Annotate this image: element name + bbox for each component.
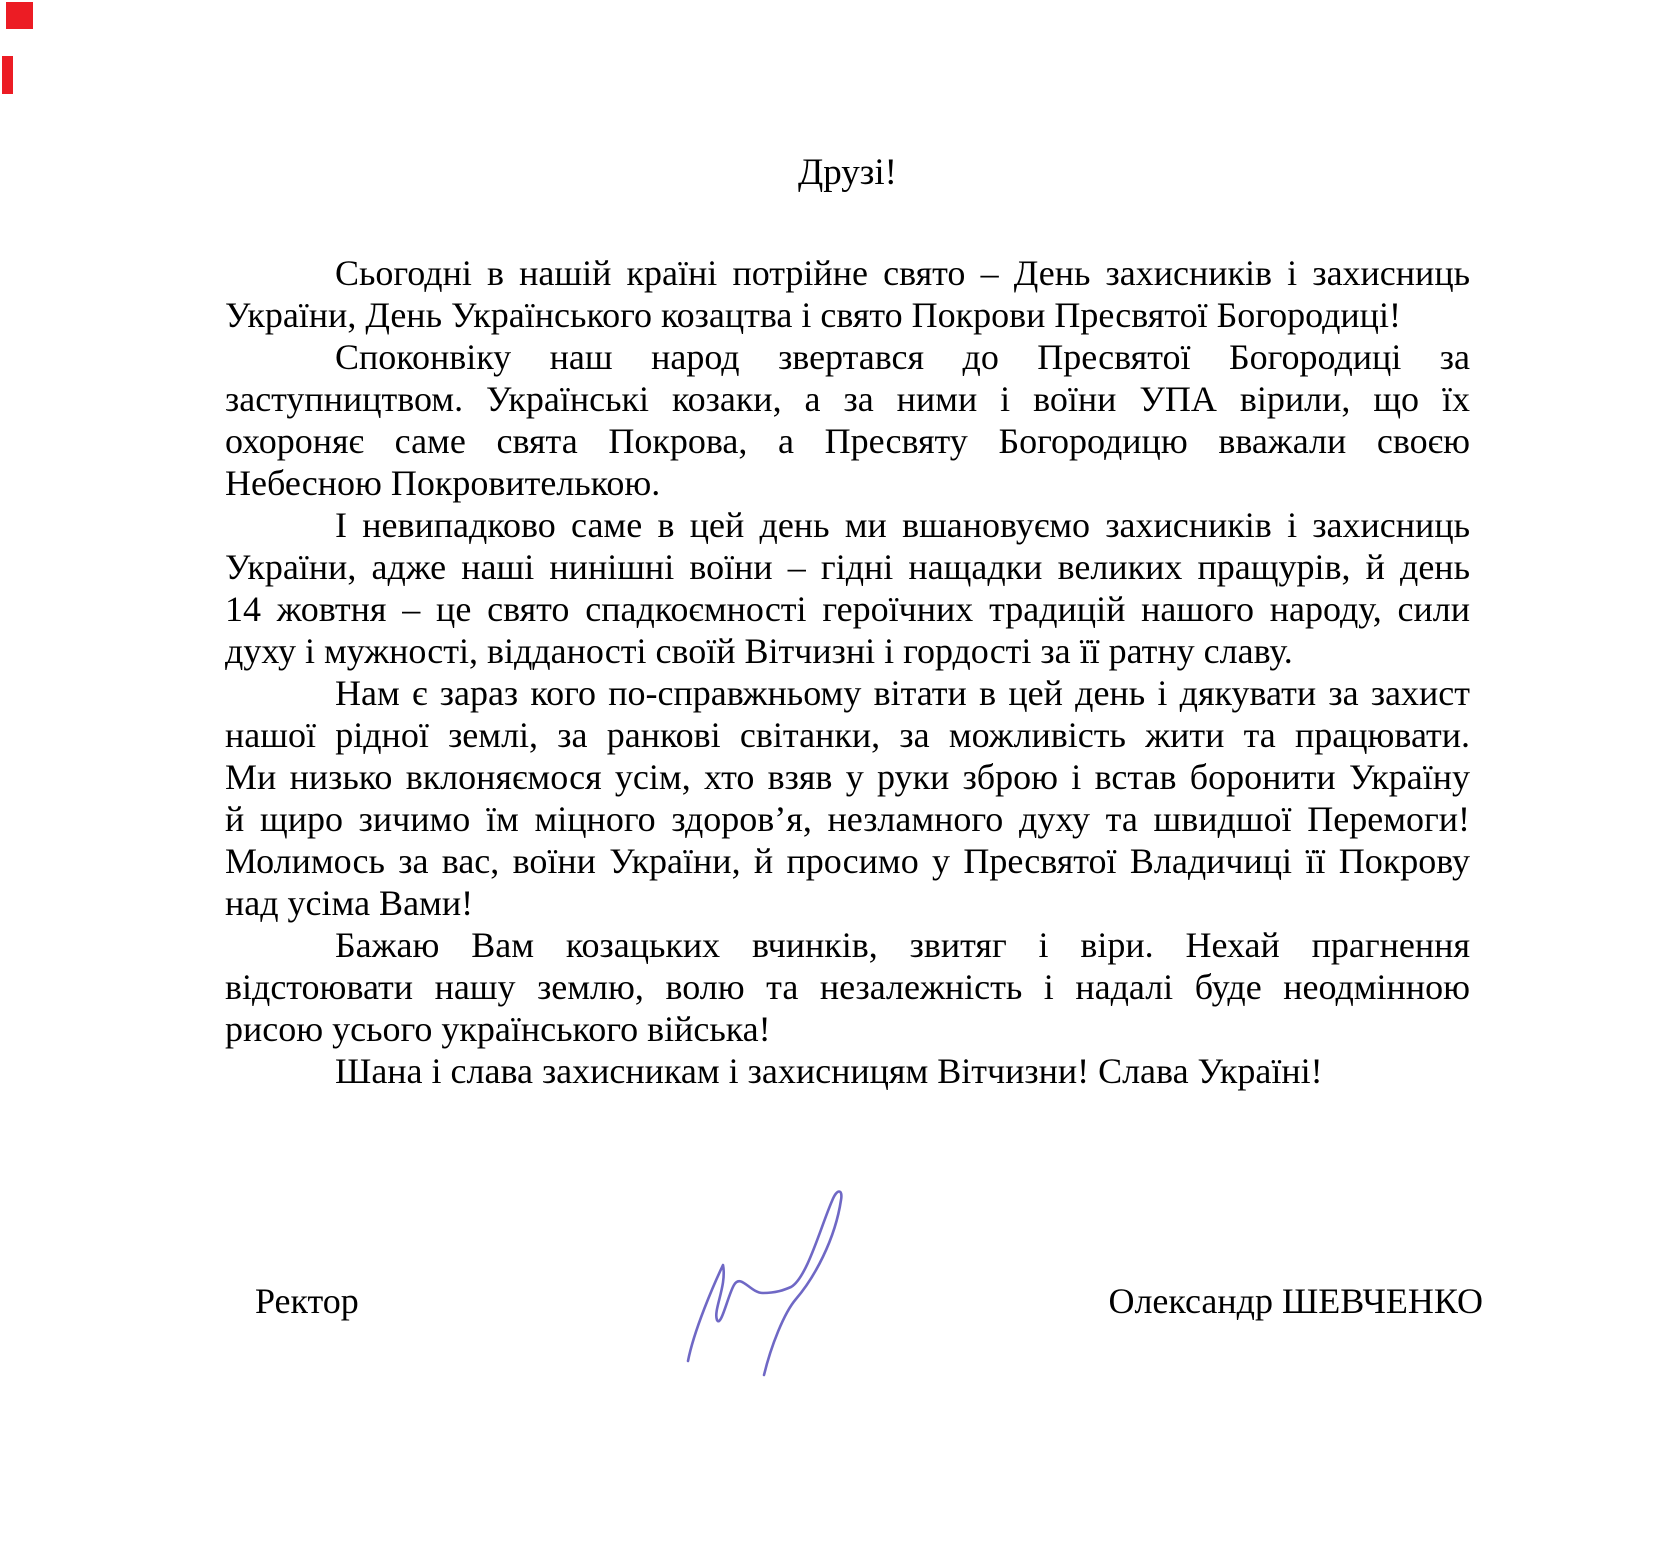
text-line: охороняє саме свята Покрова, а Пресвяту … <box>225 420 1470 462</box>
letter-title: Друзі! <box>225 152 1470 194</box>
text-line: Нам є зараз кого по-справжньому вітати в… <box>225 672 1470 714</box>
text-line: Шана і слава захисникам і захисницям Віт… <box>225 1050 1470 1092</box>
text-line: над усіма Вами! <box>225 882 1470 924</box>
text-line: заступництвом. Українські козаки, а за н… <box>225 378 1470 420</box>
letter-content: Друзі! Сьогодні в нашій країні потрійне … <box>225 152 1470 1092</box>
text-line: відстоювати нашу землю, волю та незалежн… <box>225 966 1470 1008</box>
text-line: Молимось за вас, воїни України, й просим… <box>225 840 1470 882</box>
letter-page: Друзі! Сьогодні в нашій країні потрійне … <box>0 0 1654 1555</box>
text-line: 14 жовтня – це свято спадкоємності герої… <box>225 588 1470 630</box>
text-line: І невипадково саме в цей день ми вшанову… <box>225 504 1470 546</box>
red-corner-mark-square <box>6 2 33 29</box>
text-line: Ми низько вклоняємося усім, хто взяв у р… <box>225 756 1470 798</box>
text-line: Сьогодні в нашій країні потрійне свято –… <box>225 252 1470 294</box>
signatory-name: Олександр ШЕВЧЕНКО <box>1108 1280 1483 1322</box>
text-line: духу і мужності, відданості своїй Вітчиз… <box>225 630 1470 672</box>
text-line: й щиро зичимо їм міцного здоров’я, незла… <box>225 798 1470 840</box>
red-corner-mark-bar <box>2 56 13 94</box>
text-line: нашої рідної землі, за ранкові світанки,… <box>225 714 1470 756</box>
text-line: Бажаю Вам козацьких вчинків, звитяг і ві… <box>225 924 1470 966</box>
text-line: рисою усього українського війська! <box>225 1008 1470 1050</box>
signatory-role: Ректор <box>255 1280 359 1322</box>
signature-image <box>600 1168 870 1383</box>
text-line: Споконвіку наш народ звертався до Пресвя… <box>225 336 1470 378</box>
text-line: України, День Українського козацтва і св… <box>225 294 1470 336</box>
text-line: України, адже наші нинішні воїни – гідні… <box>225 546 1470 588</box>
text-line: Небесною Покровителькою. <box>225 462 1470 504</box>
letter-body: Сьогодні в нашій країні потрійне свято –… <box>225 252 1470 1092</box>
signature-stroke <box>688 1192 841 1376</box>
